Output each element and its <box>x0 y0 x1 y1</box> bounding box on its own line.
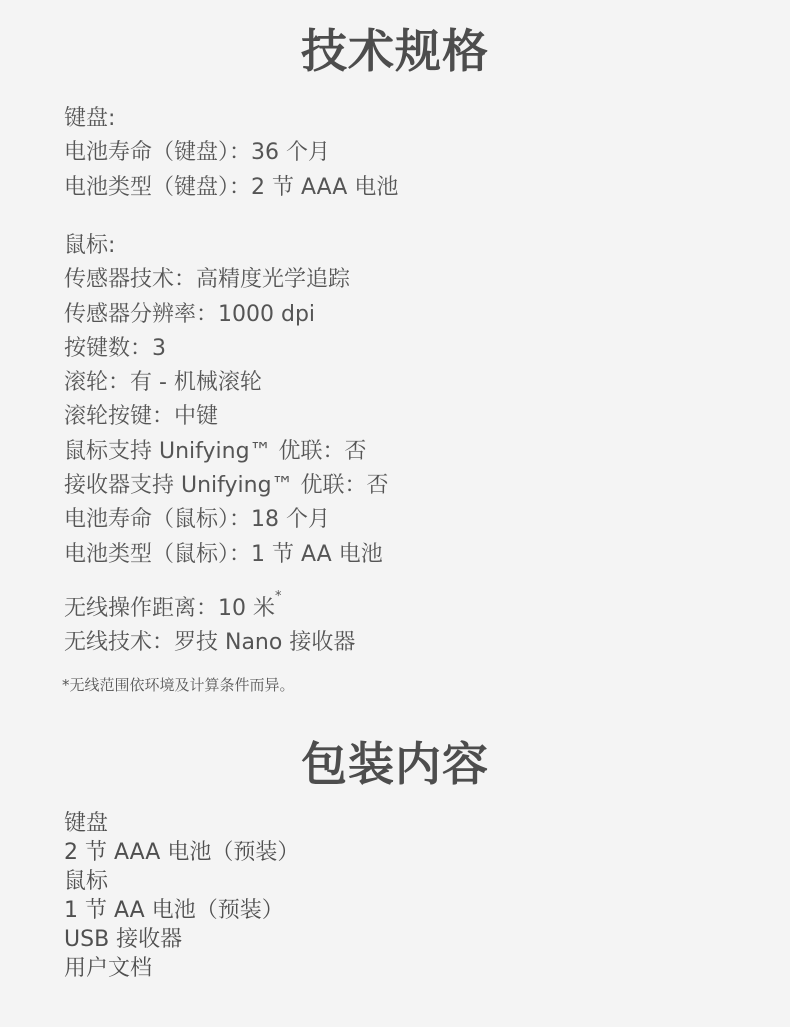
keyboard-specs: 键盘: 电池寿命（键盘）：36 个月 电池类型（键盘）：2 节 AAA 电池 <box>64 102 398 205</box>
mouse-unifying-support: 鼠标支持 Unifying™ 优联：否 <box>64 435 389 469</box>
mouse-battery-life: 电池寿命（鼠标）：18 个月 <box>64 503 389 537</box>
wireless-specs: 无线操作距离：10 米* 无线技术：罗技 Nano 接收器 <box>64 592 355 661</box>
wireless-range-text: 无线操作距离：10 米 <box>64 596 275 621</box>
wireless-technology: 无线技术：罗技 Nano 接收器 <box>64 626 355 660</box>
mouse-sensor-tech: 传感器技术：高精度光学追踪 <box>64 263 389 297</box>
wireless-range: 无线操作距离：10 米* <box>64 592 355 626</box>
mouse-button-count: 按键数：3 <box>64 332 389 366</box>
mouse-battery-type: 电池类型（鼠标）：1 节 AA 电池 <box>64 538 389 572</box>
wireless-footnote: *无线范围依环境及计算条件而异。 <box>62 674 295 695</box>
mouse-heading: 鼠标: <box>64 229 389 263</box>
package-contents: 键盘 2 节 AAA 电池（预装） 鼠标 1 节 AA 电池（预装） USB 接… <box>64 809 299 983</box>
package-item: USB 接收器 <box>64 925 299 954</box>
package-item: 1 节 AA 电池（预装） <box>64 896 299 925</box>
mouse-wheel-button: 滚轮按键：中键 <box>64 400 389 434</box>
specs-title: 技术规格 <box>0 28 790 74</box>
package-title: 包装内容 <box>0 741 790 787</box>
package-item: 鼠标 <box>64 867 299 896</box>
keyboard-heading: 键盘: <box>64 102 398 136</box>
package-item: 用户文档 <box>64 954 299 983</box>
package-item: 键盘 <box>64 809 299 838</box>
mouse-scroll-wheel: 滚轮：有 - 机械滚轮 <box>64 366 389 400</box>
package-item: 2 节 AAA 电池（预装） <box>64 838 299 867</box>
keyboard-battery-life: 电池寿命（键盘）：36 个月 <box>64 136 398 170</box>
receiver-unifying-support: 接收器支持 Unifying™ 优联：否 <box>64 469 389 503</box>
keyboard-battery-type: 电池类型（键盘）：2 节 AAA 电池 <box>64 171 398 205</box>
footnote-mark: * <box>275 589 282 604</box>
mouse-specs: 鼠标: 传感器技术：高精度光学追踪 传感器分辨率：1000 dpi 按键数：3 … <box>64 229 389 572</box>
mouse-sensor-resolution: 传感器分辨率：1000 dpi <box>64 298 389 332</box>
